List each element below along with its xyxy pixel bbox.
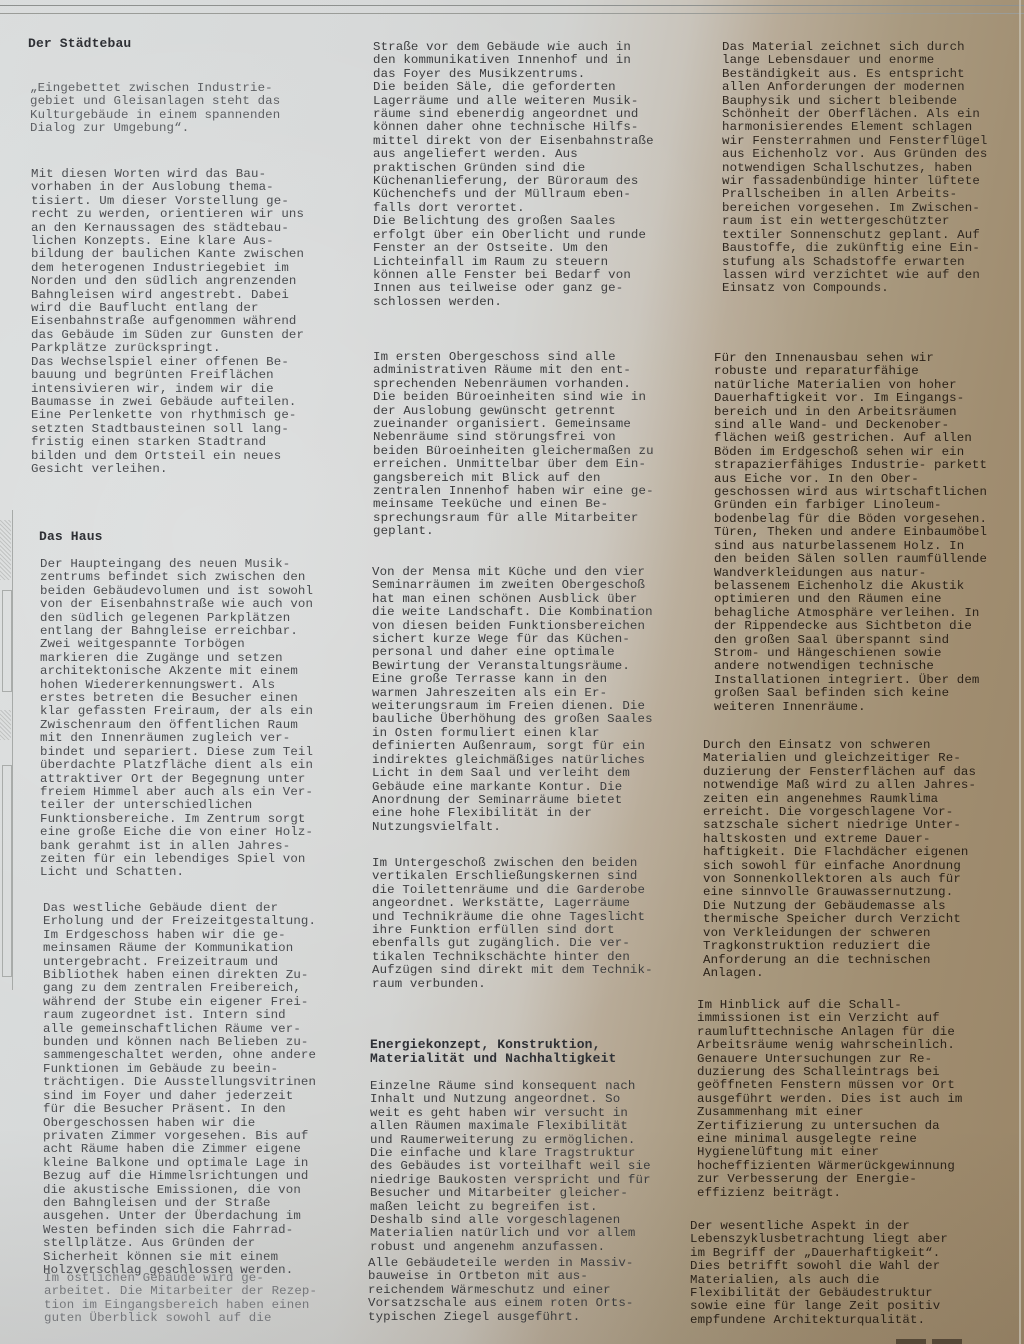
paragraph-raeume-konsequent: Einzelne Räume sind konsequent nach Inha… [370,1080,651,1254]
paragraph-haupteingang: Der Haupteingang des neuen Musik- zentru… [40,558,313,880]
footer-mark [896,1339,926,1344]
paragraph-schallimmissionen: Im Hinblick auf die Schall- immissionen … [697,999,963,1200]
top-border-line-secondary [0,13,1024,14]
footer-marks [896,1339,962,1344]
paragraph-saele: Straße vor dem Gebäude wie auch in den k… [373,41,654,309]
drawing-box [2,590,12,692]
paragraph-staedtebau: Mit diesen Worten wird das Bau- vorhaben… [31,168,304,476]
paragraph-gebaeudeteile: Alle Gebäudeteile werden in Massiv- bauw… [368,1257,634,1324]
section-heading-energiekonzept: Energiekonzept, Konstruktion, Materialit… [370,1038,617,1066]
hatch-pattern [0,520,11,580]
paragraph-oestliches-gebaeude: Im östlichen Gebäude wird ge- arbeitet. … [44,1272,317,1326]
paragraph-untergeschoss: Im Untergeschoß zwischen den beiden vert… [372,857,653,991]
drawing-box [2,765,12,977]
top-border-line [0,5,1024,6]
intro-quote: „Eingebettet zwischen Industrie- gebiet … [30,82,280,136]
paragraph-mensa: Von der Mensa mit Küche und den vier Sem… [372,566,653,834]
paragraph-material: Das Material zeichnet sich durch lange L… [722,41,988,296]
paragraph-innenausbau: Für den Innenausbau sehen wir robuste un… [714,352,987,714]
paragraph-erstes-obergeschoss: Im ersten Obergeschoss sind alle adminis… [373,351,654,539]
footer-mark [932,1339,962,1344]
paragraph-schwere-materialien: Durch den Einsatz von schweren Materiali… [703,739,976,980]
paragraph-westliches-gebaeude: Das westliche Gebäude dient der Erholung… [43,902,316,1277]
section-heading-das-haus: Das Haus [39,530,103,544]
paragraph-lebenszyklus: Der wesentliche Aspekt in der Lebenszykl… [690,1220,948,1327]
right-sheet-edge [1019,0,1021,1344]
plan-drawing-fragment [0,510,13,990]
hatch-pattern [0,710,11,740]
section-heading-staedtebau: Der Städtebau [28,37,131,51]
